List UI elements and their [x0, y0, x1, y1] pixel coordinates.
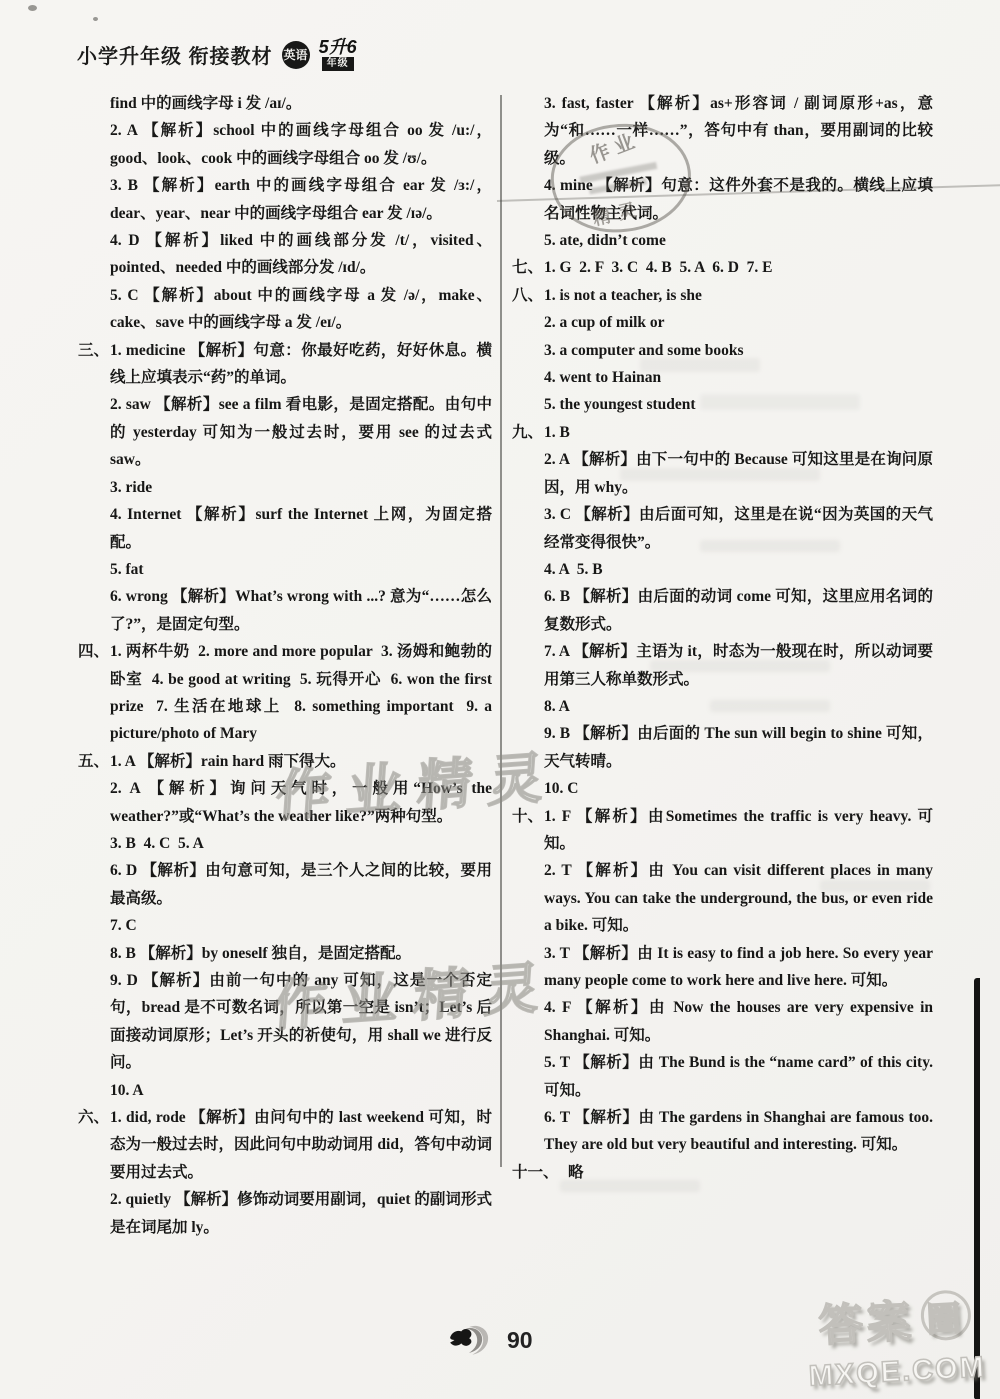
answer-paragraph: 4. Internet 【解析】surf the Internet 上网，为固定…: [110, 501, 492, 556]
answer-paragraph: 1. F 【解析】由Sometimes the traffic is very …: [544, 803, 933, 858]
answer-paragraph: 2. A 【解析】school 中的画线字母组合 oo 发 /u:/，good、…: [110, 117, 492, 172]
answer-paragraph: 3. ride: [110, 474, 492, 501]
answer-paragraph: 4. F 【解析】由 Now the houses are very expen…: [544, 994, 933, 1049]
answer-paragraph: 4. mine 【解析】句意：这件外套不是我的。横线上应填名词性物主代词。: [544, 172, 933, 227]
answer-paragraph: 5. C 【解析】about 中的画线字母 a 发 /ə/，make、cake、…: [110, 282, 492, 337]
answer-section: 八、1. is not a teacher, is she2. a cup of…: [512, 282, 933, 419]
grade-badge: 5升6 年级: [319, 38, 357, 71]
answer-paragraph: 1. G 2. F 3. C 4. B 5. A 6. D 7. E: [544, 254, 933, 281]
answer-paragraph: 4. D 【解析】liked 中的画线部分发 /t/，visited、point…: [110, 227, 492, 282]
page-edge-shadow: [974, 978, 980, 1399]
answer-paragraph: 1. is not a teacher, is she: [544, 282, 933, 309]
answer-paragraph: 6. B 【解析】由后面的动词 come 可知，这里应用名词的复数形式。: [544, 583, 933, 638]
page-number: 90: [507, 1327, 533, 1354]
brand-site-url: MXQE.COM: [799, 1351, 995, 1394]
section-label: 六、: [78, 1104, 109, 1131]
answer-paragraph: 1. 两杯牛奶 2. more and more popular 3. 汤姆和鲍…: [110, 638, 492, 748]
answer-paragraph: 6. T 【解析】由 The gardens in Shanghai are f…: [544, 1104, 933, 1159]
scanned-answer-page: 小学升年级 衔接教材 英语 5升6 年级 find 中的画线字母 i 发 /aɪ…: [0, 0, 1000, 1399]
answers-column-left: find 中的画线字母 i 发 /aɪ/。2. A 【解析】school 中的画…: [78, 90, 492, 1241]
section-label: 四、: [78, 638, 109, 665]
book-series-title: 小学升年级 衔接教材: [77, 40, 273, 69]
answer-paragraph: find 中的画线字母 i 发 /aɪ/。: [110, 90, 492, 117]
answer-paragraph: 2. A 【解析】询问天气时，一般用“How’s the weather?”或“…: [110, 775, 492, 830]
brand-circle-char: 圈: [919, 1289, 972, 1342]
answer-section: 3. fast, faster 【解析】as+形容词 / 副词原形+as，意为“…: [512, 90, 933, 254]
answer-paragraph: 2. quietly 【解析】修饰动词要用副词，quiet 的副词形式是在词尾加…: [110, 1186, 492, 1241]
dove-swoosh-icon: [443, 1322, 495, 1358]
answer-paragraph: 2. saw 【解析】see a film 看电影，是固定搭配。由句中的 yes…: [110, 391, 492, 473]
answer-paragraph: 10. A: [110, 1077, 492, 1104]
section-label: 九、: [512, 419, 543, 446]
grade-top-text: 5升6: [319, 38, 357, 56]
answer-section: 五、1. A 【解析】rain hard 雨下得大。2. A 【解析】询问天气时…: [78, 748, 492, 1104]
section-label: 八、: [512, 282, 543, 309]
answer-paragraph: 2. A 【解析】由下一句中的 Because 可知这里是在询问原因，用 why…: [544, 446, 933, 501]
answer-paragraph: 8. B 【解析】by oneself 独自，是固定搭配。: [110, 940, 492, 967]
answer-paragraph: 1. B: [544, 419, 933, 446]
page-footer: 90: [443, 1322, 533, 1358]
answer-paragraph: 3. a computer and some books: [544, 337, 933, 364]
series-text: 小学升年级: [77, 46, 182, 68]
column-divider: [500, 95, 502, 1167]
answer-section: find 中的画线字母 i 发 /aɪ/。2. A 【解析】school 中的画…: [78, 90, 492, 337]
section-label: 十、: [512, 803, 543, 830]
answer-section: 九、1. B2. A 【解析】由下一句中的 Because 可知这里是在询问原因…: [512, 419, 933, 803]
answer-paragraph: 6. D 【解析】由句意可知，是三个人之间的比较，要用最高级。: [110, 857, 492, 912]
answer-paragraph: 2. a cup of milk or: [544, 309, 933, 336]
subject-badge: 英语: [282, 41, 310, 69]
answer-section: 十、1. F 【解析】由Sometimes the traffic is ver…: [512, 803, 933, 1159]
scan-speck: [93, 17, 98, 21]
answer-paragraph: 3. T 【解析】由 It is easy to find a job here…: [544, 940, 933, 995]
section-label: 十一、: [512, 1159, 559, 1186]
answer-paragraph: 5. the youngest student: [544, 391, 933, 418]
answer-paragraph: 1. medicine 【解析】句意：你最好吃药，好好休息。横线上应填表示“药”…: [110, 337, 492, 392]
answer-section: 六、1. did, rode 【解析】由问句中的 last weekend 可知…: [78, 1104, 492, 1241]
answer-paragraph: 3. B 4. C 5. A: [110, 830, 492, 857]
answer-section: 三、1. medicine 【解析】句意：你最好吃药，好好休息。横线上应填表示“…: [78, 337, 492, 638]
answer-paragraph: 3. B 【解析】earth 中的画线字母组合 ear 发 /ɜ:/，dear、…: [110, 172, 492, 227]
answer-section: 十一、略: [512, 1159, 933, 1186]
answer-paragraph: 8. A: [544, 693, 933, 720]
answer-paragraph: 3. C 【解析】由后面可知，这里是在说“因为英国的天气经常变得很快”。: [544, 501, 933, 556]
answers-column-right: 3. fast, faster 【解析】as+形容词 / 副词原形+as，意为“…: [512, 90, 933, 1186]
answer-paragraph: 2. T 【解析】由 You can visit different place…: [544, 857, 933, 939]
answer-paragraph: 10. C: [544, 775, 933, 802]
scan-speck: [28, 5, 37, 11]
answer-site-watermark: 答案 圈 MXQE.COM: [795, 1281, 995, 1394]
answer-paragraph: 1. did, rode 【解析】由问句中的 last weekend 可知，时…: [110, 1104, 492, 1186]
answer-paragraph: 9. B 【解析】由后面的 The sun will begin to shin…: [544, 720, 933, 775]
brand-prefix-text: 答案: [817, 1285, 916, 1354]
answer-paragraph: 4. went to Hainan: [544, 364, 933, 391]
section-label: 三、: [78, 337, 109, 364]
section-label: 五、: [78, 748, 109, 775]
answer-paragraph: 9. D 【解析】由前一句中的 any 可知，这是一个否定句，bread 是不可…: [110, 967, 492, 1077]
brand-name: 答案 圈: [795, 1281, 993, 1355]
answer-paragraph: 7. C: [110, 912, 492, 939]
answer-paragraph: 略: [568, 1159, 933, 1186]
section-label: 七、: [512, 254, 543, 281]
answer-paragraph: 5. ate, didn’t come: [544, 227, 933, 254]
answer-paragraph: 5. fat: [110, 556, 492, 583]
grade-bottom-text: 年级: [322, 57, 354, 71]
answer-paragraph: 1. A 【解析】rain hard 雨下得大。: [110, 748, 492, 775]
answer-section: 四、1. 两杯牛奶 2. more and more popular 3. 汤姆…: [78, 638, 492, 748]
book-header: 小学升年级 衔接教材 英语 5升6 年级: [77, 38, 357, 71]
answer-paragraph: 7. A 【解析】主语为 it，时态为一般现在时，所以动词要用第三人称单数形式。: [544, 638, 933, 693]
answer-paragraph: 4. A 5. B: [544, 556, 933, 583]
answer-paragraph: 5. T 【解析】由 The Bund is the “name card” o…: [544, 1049, 933, 1104]
answer-paragraph: 3. fast, faster 【解析】as+形容词 / 副词原形+as，意为“…: [544, 90, 933, 172]
material-text: 衔接教材: [189, 46, 273, 68]
answer-paragraph: 6. wrong 【解析】What’s wrong with ...? 意为“……: [110, 583, 492, 638]
answer-section: 七、1. G 2. F 3. C 4. B 5. A 6. D 7. E: [512, 254, 933, 281]
